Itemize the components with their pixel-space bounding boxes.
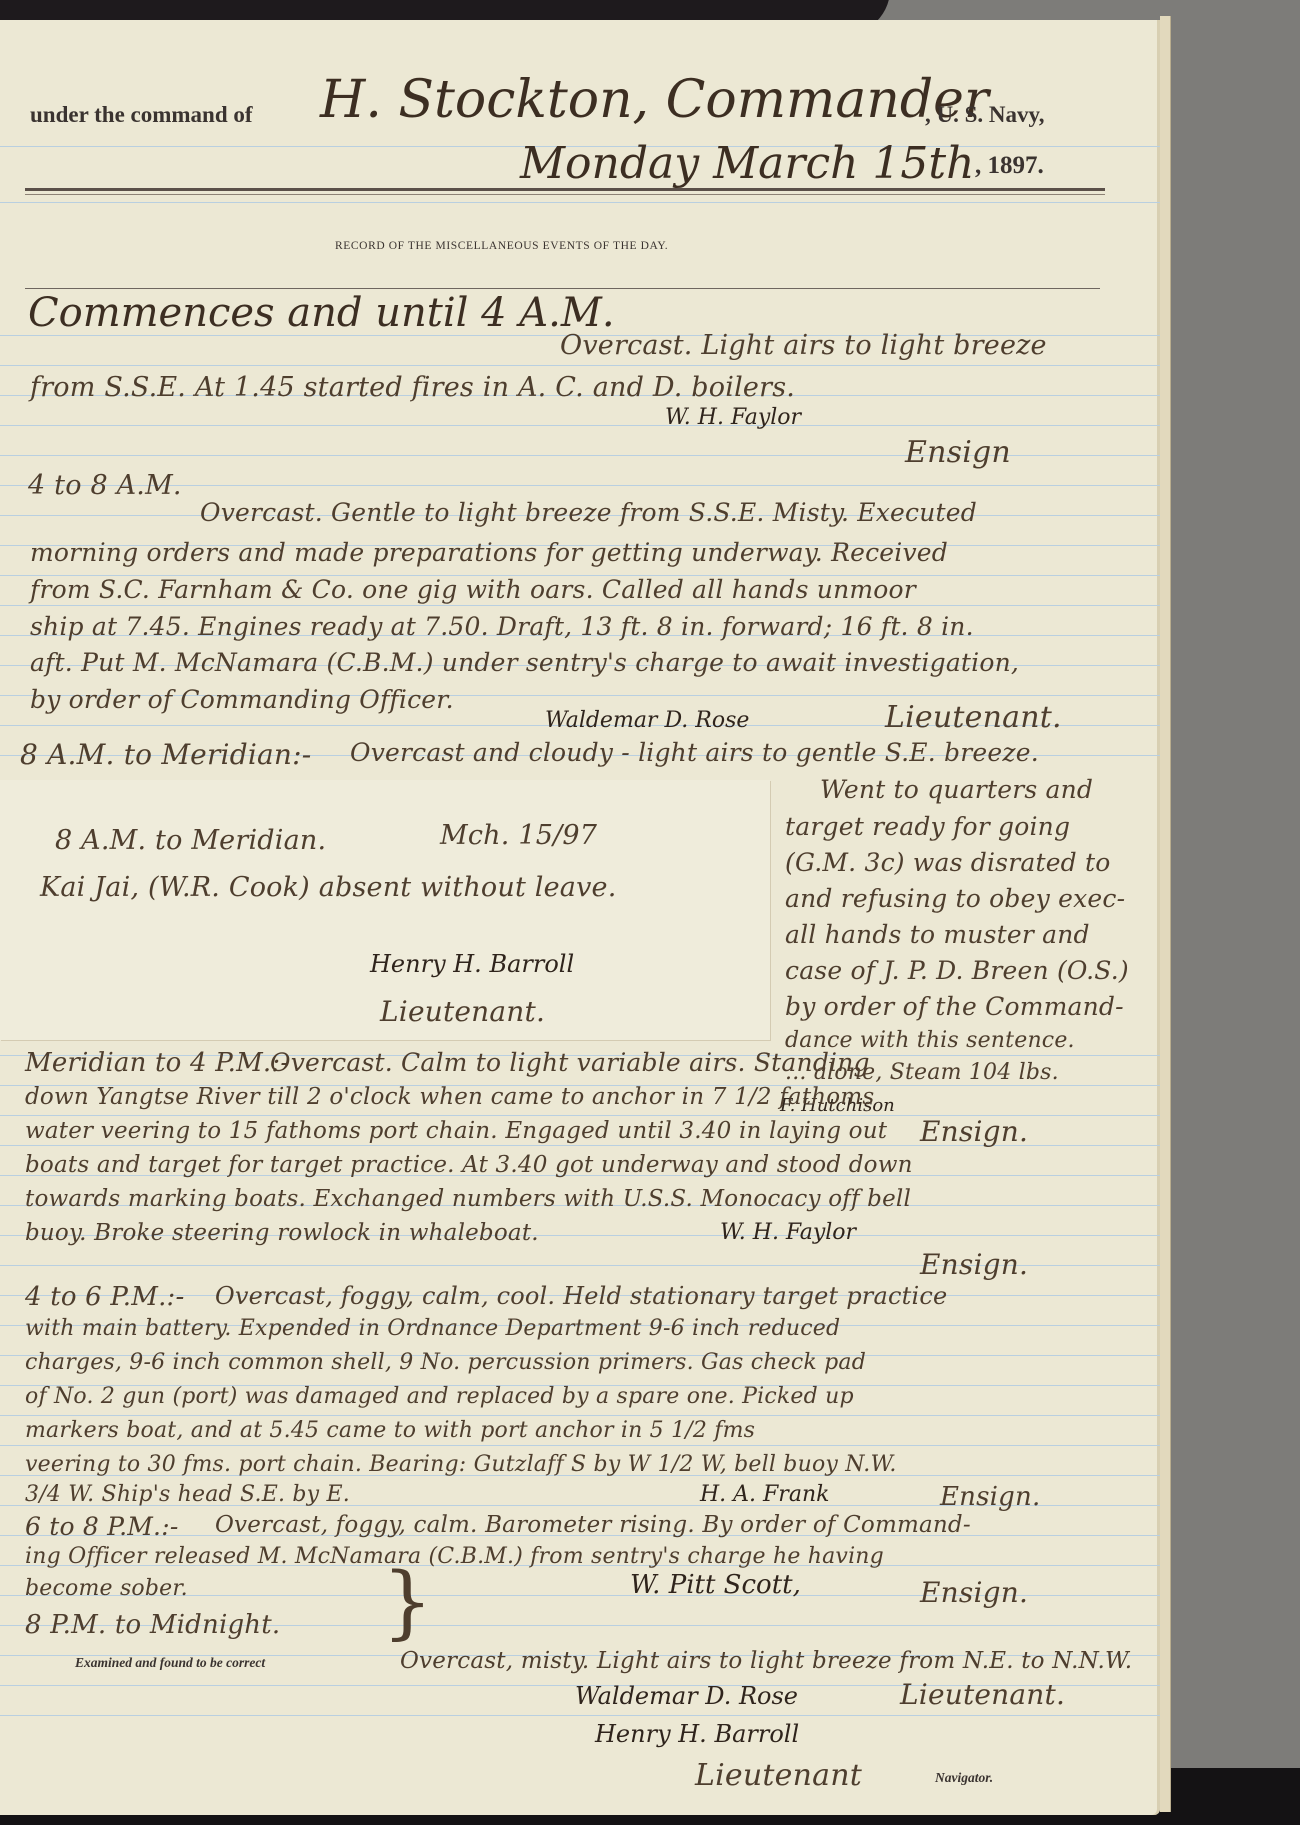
header-service: , U. S. Navy,: [925, 102, 1045, 128]
logbook-page: under the command of H. Stockton, Comman…: [0, 20, 1160, 1815]
entry-watch: 8 P.M. to Midnight.: [25, 1610, 280, 1640]
note-date: Mch. 15/97: [440, 820, 597, 851]
rank: Ensign.: [920, 1248, 1028, 1281]
note-rank: Lieutenant.: [380, 995, 545, 1028]
rank: Ensign.: [940, 1482, 1040, 1512]
entry-line: case of J. P. D. Breen (O.S.): [785, 956, 1129, 985]
pasted-note: 8 A.M. to Meridian. Mch. 15/97 Kai Jai, …: [0, 780, 770, 1040]
entry-line: veering to 30 fms. port chain. Bearing: …: [25, 1452, 897, 1477]
signature: W. H. Faylor: [720, 1220, 856, 1245]
ruling-line: [0, 1445, 1160, 1446]
entry-line: water veering to 15 fathoms port chain. …: [25, 1118, 887, 1144]
background-dark-top: [0, 0, 800, 22]
entry-line: Overcast. Light airs to light breeze: [560, 330, 1047, 361]
entry-line: of No. 2 gun (port) was damaged and repl…: [25, 1384, 854, 1409]
rank: Ensign.: [920, 1115, 1028, 1148]
entry-line: Overcast, misty. Light airs to light bre…: [400, 1648, 1132, 1674]
entry-line: charges, 9-6 inch common shell, 9 No. pe…: [25, 1350, 866, 1375]
note-watch: 8 A.M. to Meridian.: [55, 825, 326, 856]
signature: H. A. Frank: [700, 1482, 829, 1507]
entry-line: all hands to muster and: [785, 920, 1090, 949]
rank: Ensign.: [920, 1576, 1028, 1609]
ruling-line: [0, 365, 1160, 366]
entry-line: target ready for going: [785, 812, 1070, 841]
entry-line: by order of the Command-: [785, 992, 1124, 1021]
ruling-line: [0, 1715, 1160, 1716]
page-edge: [1160, 16, 1171, 1812]
header-prefix: under the command of: [30, 102, 253, 128]
entry-line: Overcast, foggy, calm. Barometer rising.…: [215, 1512, 971, 1538]
entry-line: buoy. Broke steering rowlock in whaleboa…: [25, 1220, 539, 1246]
signature: Waldemar D. Rose: [545, 708, 749, 733]
entry-line: morning orders and made preparations for…: [30, 538, 948, 567]
signature: Waldemar D. Rose: [575, 1682, 798, 1710]
signature: W. Pitt Scott,: [630, 1570, 801, 1600]
navigator-rank-handwritten: Lieutenant: [695, 1758, 862, 1793]
header-year: , 1897.: [975, 152, 1044, 180]
commander-name: H. Stockton, Commander: [320, 70, 989, 130]
note-text: Kai Jai, (W.R. Cook) absent without leav…: [40, 872, 617, 903]
note-signature: Henry H. Barroll: [370, 950, 574, 978]
entry-line: Overcast. Gentle to light breeze from S.…: [200, 498, 977, 527]
entry-line: (G.M. 3c) was disrated to: [785, 848, 1111, 877]
entry-line: aft. Put M. McNamara (C.B.M.) under sent…: [30, 648, 1019, 677]
ruling-line: [0, 1415, 1160, 1416]
entry-watch: 6 to 8 P.M.:-: [25, 1512, 178, 1541]
rank: Lieutenant.: [900, 1678, 1065, 1711]
navigator-signature: Henry H. Barroll: [595, 1720, 799, 1748]
entry-line: and refusing to obey exec-: [785, 884, 1125, 913]
ruling-line: [0, 425, 1160, 426]
entry-line: ship at 7.45. Engines ready at 7.50. Dra…: [30, 612, 974, 641]
entry-line: markers boat, and at 5.45 came to with p…: [25, 1418, 755, 1443]
entry-line: Overcast and cloudy - light airs to gent…: [350, 738, 1039, 767]
entry-line: by order of Commanding Officer.: [30, 685, 454, 714]
entry-watch: Meridian to 4 P.M.:-: [25, 1048, 289, 1078]
examined-brace: }: [382, 1555, 433, 1648]
ruling-line: [0, 202, 1160, 203]
entry-watch: 4 to 8 A.M.: [28, 470, 182, 501]
entry-line: down Yangtse River till 2 o'clock when c…: [25, 1084, 874, 1110]
entry-line: towards marking boats. Exchanged numbers…: [25, 1186, 911, 1212]
entry-line: ing Officer released M. McNamara (C.B.M.…: [25, 1544, 884, 1569]
entry-line: Went to quarters and: [820, 775, 1093, 804]
entry-line: from S.C. Farnham & Co. one gig with oar…: [30, 575, 916, 604]
signature: W. H. Faylor: [665, 405, 801, 430]
entry-line: from S.S.E. At 1.45 started fires in A. …: [30, 372, 795, 403]
entry-watch: Commences and until 4 A.M.: [28, 290, 615, 336]
entry-line: with main battery. Expended in Ordnance …: [25, 1316, 840, 1341]
entry-watch: 8 A.M. to Meridian:-: [20, 738, 311, 771]
header-date: Monday March 15th: [520, 138, 974, 189]
rank: Ensign: [905, 435, 1011, 470]
entry-line: become sober.: [25, 1576, 188, 1601]
entry-line: Overcast, foggy, calm, cool. Held statio…: [215, 1282, 947, 1310]
navigator-label: Navigator.: [935, 1770, 993, 1786]
rank: Lieutenant.: [885, 700, 1062, 735]
examined-label: Examined and found to be correct: [75, 1655, 265, 1671]
section-title: RECORD OF THE MISCELLANEOUS EVENTS OF TH…: [335, 240, 668, 252]
ruling-line: [0, 605, 1160, 606]
entry-line: Overcast. Calm to light variable airs. S…: [270, 1048, 870, 1077]
entry-watch: 4 to 6 P.M.:-: [25, 1282, 185, 1312]
section-rule: [25, 288, 1100, 289]
entry-line: 3/4 W. Ship's head S.E. by E.: [25, 1482, 350, 1507]
header-double-rule-thin: [25, 194, 1105, 195]
entry-line: boats and target for target practice. At…: [25, 1152, 913, 1178]
header-double-rule: [25, 188, 1105, 191]
